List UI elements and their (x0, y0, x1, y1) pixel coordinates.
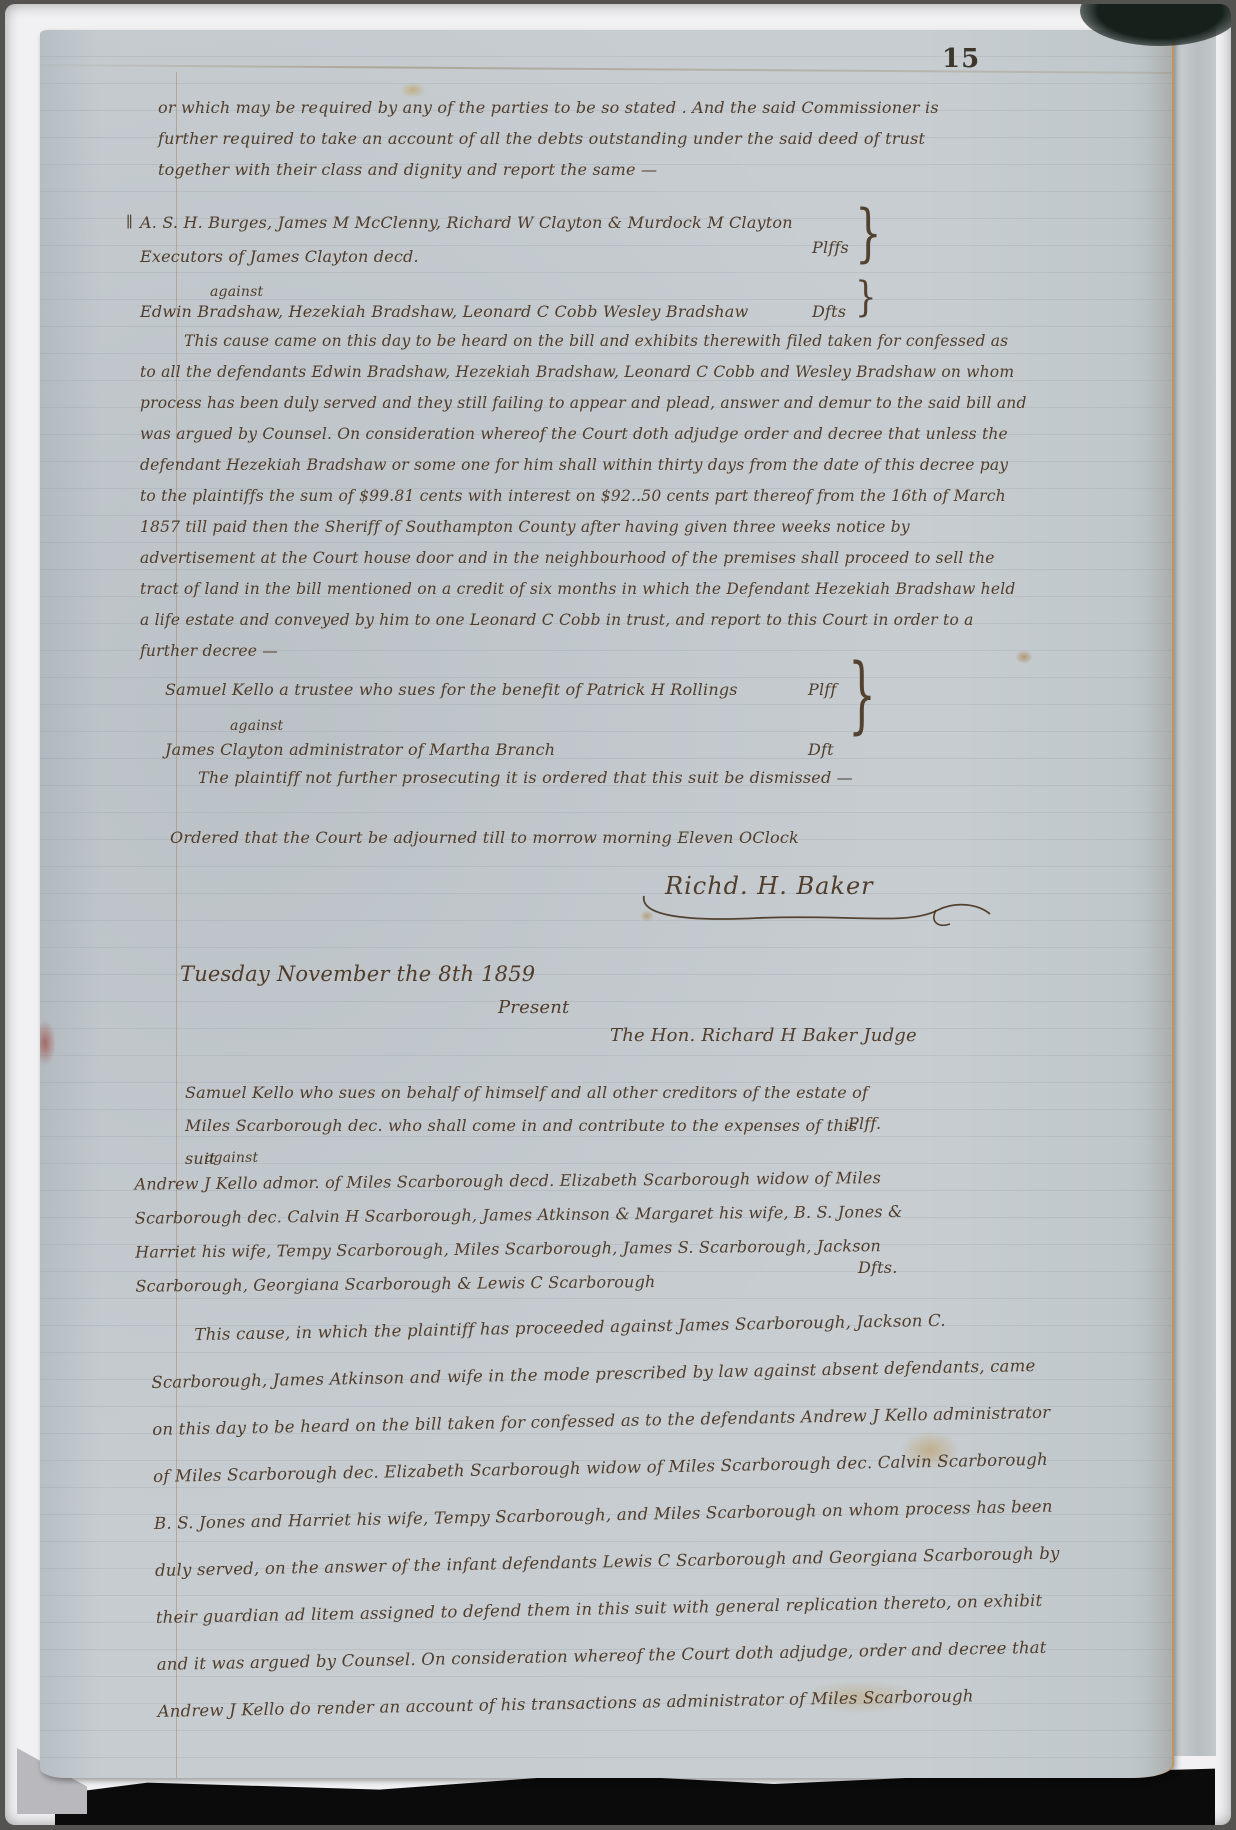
next-page-edge (1172, 28, 1216, 1756)
case2-brace: } (848, 647, 876, 744)
case1-defendant-brace: } (855, 274, 877, 322)
case1-plaintiff-brace: } (855, 196, 882, 270)
case3-decree: This cause, in which the plaintiff has p… (150, 1295, 1063, 1735)
case3-plaintiff: Samuel Kello who sues on behalf of himse… (185, 1076, 885, 1175)
session-judge: The Hon. Richard H Baker Judge (610, 1020, 917, 1052)
case1-decree: This cause came on this day to be heard … (140, 326, 1028, 667)
manuscript-page: 15 or which may be required by any of th… (40, 30, 1174, 1778)
page-number: 15 (942, 44, 980, 74)
signature-flourish-icon (638, 888, 998, 934)
adjournment-order: Ordered that the Court be adjourned till… (170, 822, 930, 854)
case2-order: The plaintiff not further prosecuting it… (198, 762, 918, 794)
session-present: Present (498, 992, 569, 1024)
case2-plaintiff-label: Plff (808, 674, 837, 706)
right-edge-shade (1146, 30, 1172, 1778)
case3-plaintiff-label: Plff. (848, 1108, 881, 1140)
case1-plaintiff-label: Plffs (812, 232, 849, 264)
case1-defendant-label: Dfts (812, 296, 846, 328)
case1-defendants: Edwin Bradshaw, Hezekiah Bradshaw, Leona… (140, 296, 800, 328)
session-date: Tuesday November the 8th 1859 (180, 958, 535, 990)
photo-matte-border: 15 or which may be required by any of th… (5, 4, 1231, 1825)
case3-defendants: Andrew J Kello admor. of Miles Scarborou… (134, 1160, 967, 1303)
case1-plaintiffs: A. S. H. Burges, James M McClenny, Richa… (140, 206, 840, 274)
case2-plaintiff: Samuel Kello a trustee who sues for the … (165, 674, 795, 706)
case3-defendant-label: Dfts. (858, 1252, 897, 1284)
margin-mark: ∥ (126, 206, 133, 238)
photo-of-court-record-page: 15 or which may be required by any of th… (0, 0, 1236, 1830)
intro-paragraph: or which may be required by any of the p… (158, 92, 1000, 185)
